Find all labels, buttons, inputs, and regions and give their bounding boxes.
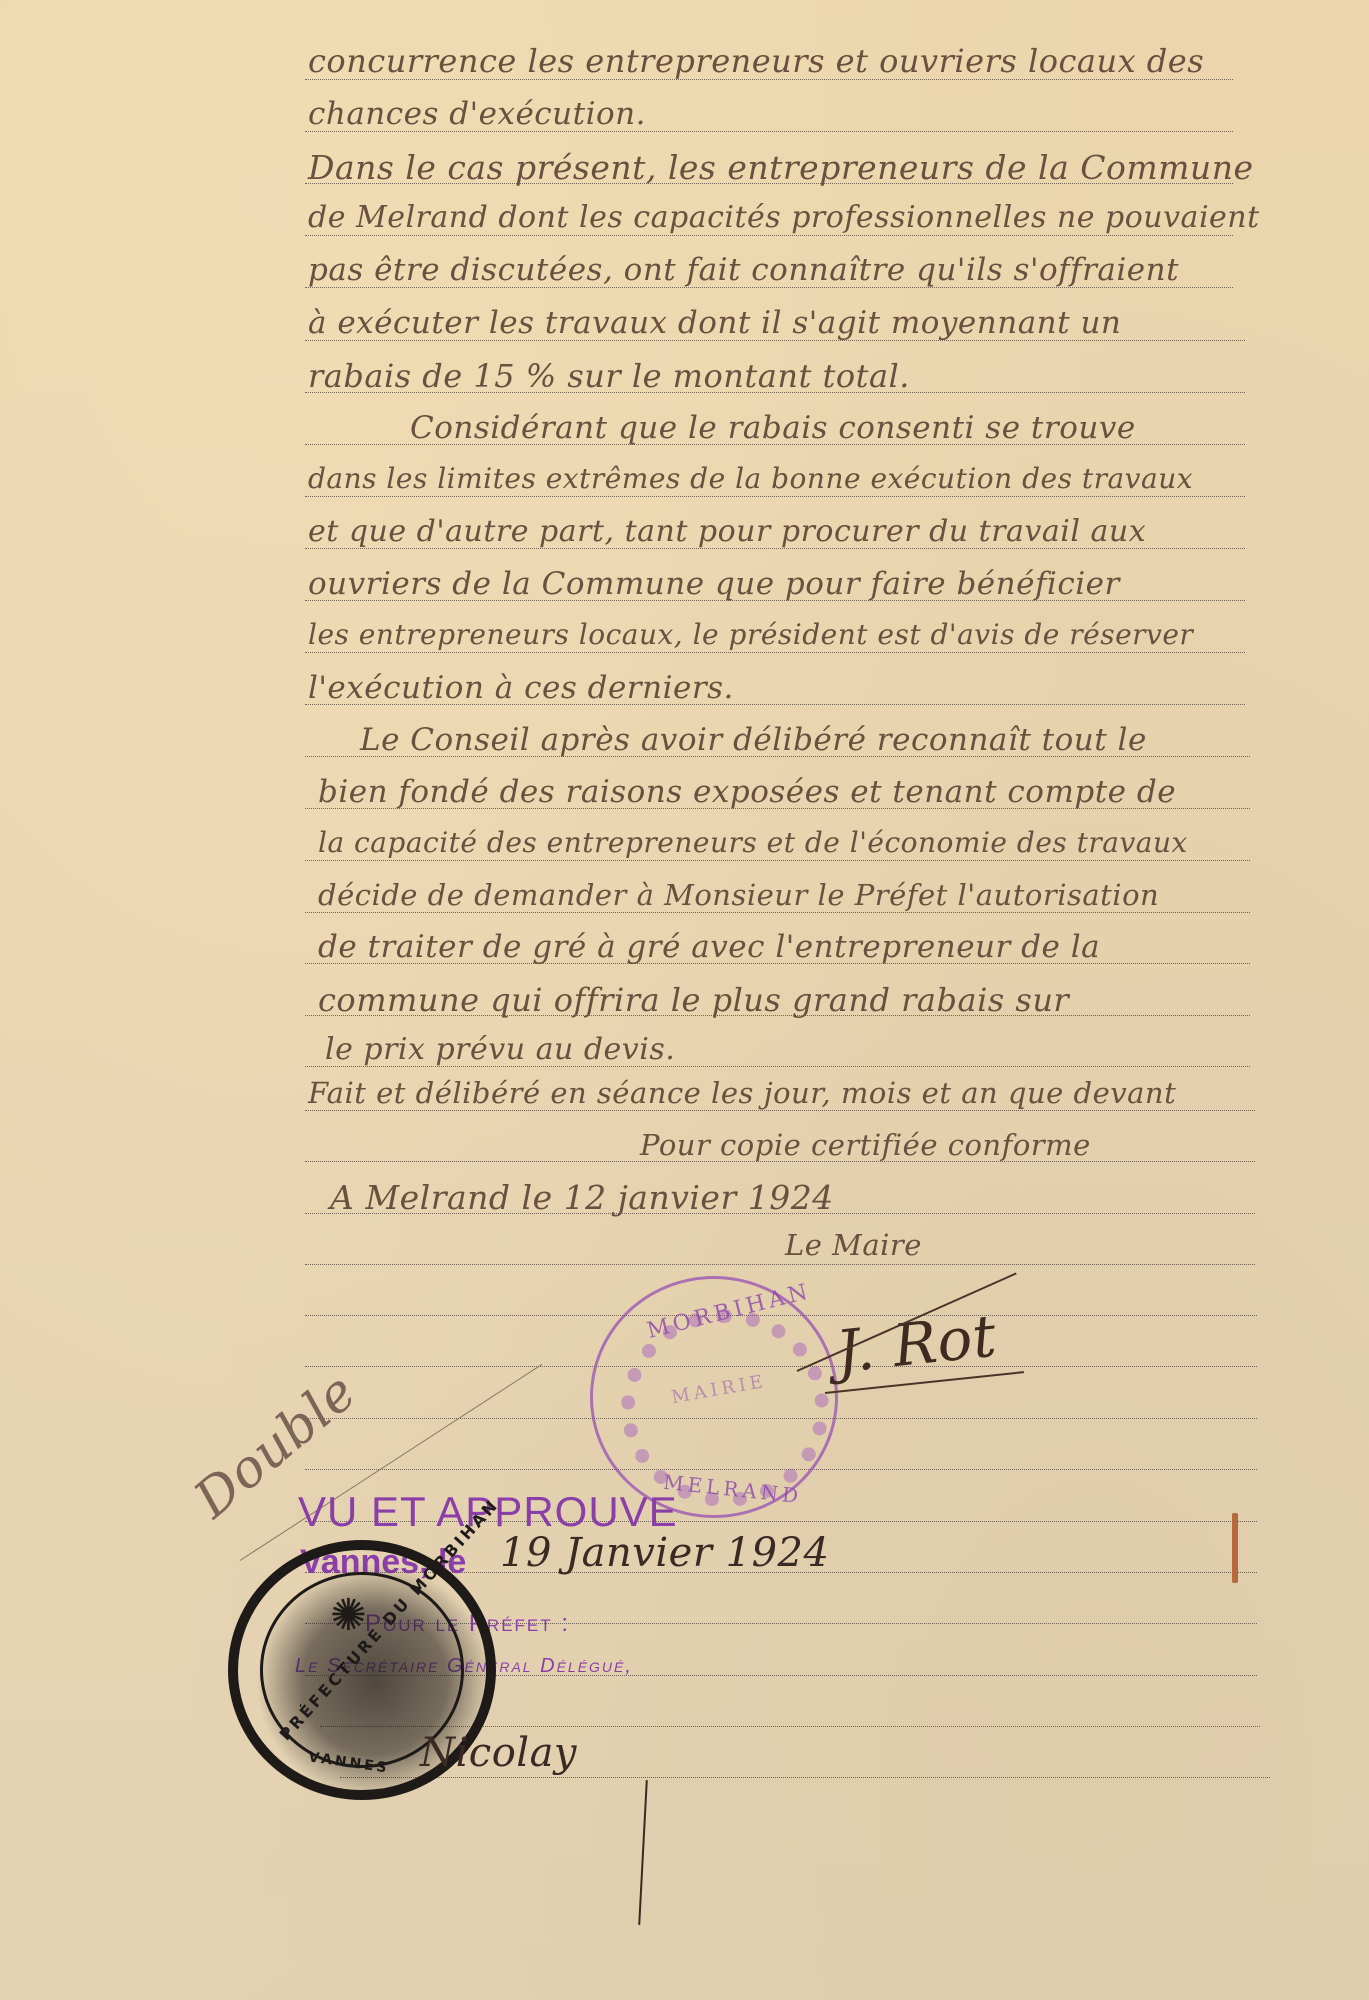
body-line: bien fondé des raisons exposées et tenan… (318, 774, 1176, 810)
body-line: l'exécution à ces derniers. (308, 670, 734, 706)
certification-line: Pour copie certifiée conforme (640, 1128, 1091, 1162)
body-line: dans les limites extrêmes de la bonne ex… (308, 462, 1193, 495)
rule-line (305, 1110, 1255, 1111)
body-line: de traiter de gré à gré avec l'entrepren… (318, 929, 1100, 965)
rule-line (305, 235, 1233, 236)
body-line: la capacité des entrepreneurs et de l'éc… (318, 826, 1188, 859)
document-page: concurrence les entrepreneurs et ouvrier… (0, 0, 1369, 2000)
body-line: commune qui offrira le plus grand rabais… (318, 981, 1069, 1019)
body-line: chances d'exécution. (308, 96, 646, 132)
rule-line (340, 1777, 1270, 1778)
rule-line (305, 496, 1245, 497)
body-line: le prix prévu au devis. (325, 1032, 675, 1067)
body-line: de Melrand dont les capacités profession… (308, 200, 1260, 235)
body-line: à exécuter les travaux dont il s'agit mo… (308, 305, 1121, 341)
rule-line (305, 860, 1250, 861)
margin-mark (1232, 1513, 1238, 1583)
body-line: concurrence les entrepreneurs et ouvrier… (308, 42, 1204, 80)
body-line: Dans le cas présent, les entrepreneurs d… (308, 148, 1253, 187)
place-date: A Melrand le 12 janvier 1924 (330, 1178, 834, 1217)
signature-stroke (638, 1780, 648, 1925)
body-line: ouvriers de la Commune que pour faire bé… (308, 566, 1120, 602)
body-line: les entrepreneurs locaux, le président e… (308, 618, 1193, 651)
body-line: et que d'autre part, tant pour procurer … (308, 514, 1146, 549)
body-line: rabais de 15 % sur le montant total. (308, 357, 910, 395)
body-line: Le Conseil après avoir délibéré reconnaî… (360, 722, 1147, 758)
body-line: décide de demander à Monsieur le Préfet … (318, 878, 1159, 912)
body-line: Considérant que le rabais consenti se tr… (410, 410, 1136, 446)
approval-date: 19 Janvier 1924 (500, 1530, 829, 1576)
rule-line (305, 912, 1250, 913)
star-icon: ✺ (330, 1590, 367, 1641)
mayor-seal: MORBIHAN MAIRIE MELRAND (590, 1276, 838, 1518)
rule-line (305, 652, 1245, 653)
signatory-title: Le Maire (785, 1228, 922, 1262)
rule-line (305, 1264, 1255, 1265)
delegate-signature: Nicolay (420, 1730, 577, 1776)
body-line: Fait et délibéré en séance les jour, moi… (308, 1076, 1176, 1110)
body-line: pas être discutées, ont fait connaître q… (308, 252, 1179, 288)
